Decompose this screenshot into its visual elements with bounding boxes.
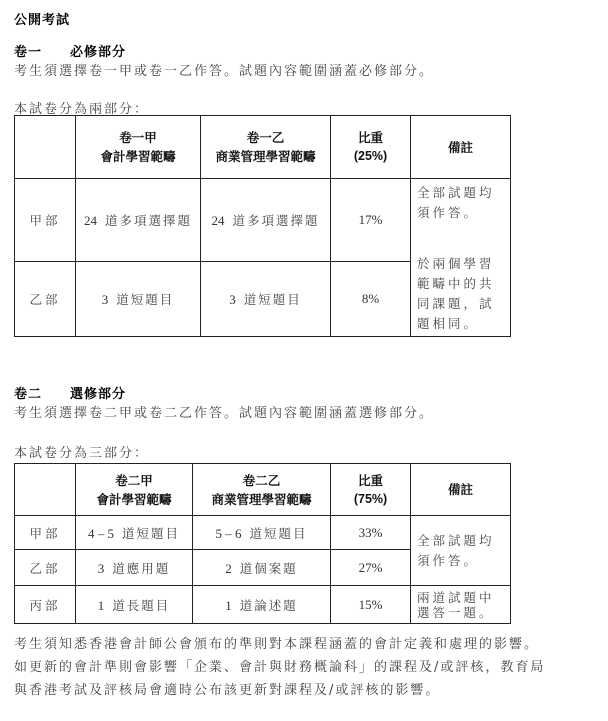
paper1-code: 卷一 bbox=[14, 45, 42, 60]
table-row: 甲部 24 道多項選擇題 24 道多項選擇題 17% 全部試題均須作答。 於兩個… bbox=[15, 179, 511, 262]
row-label: 甲部 bbox=[15, 179, 76, 262]
row-label: 乙部 bbox=[15, 262, 76, 337]
footer-note: 考生須知悉香港會計師公會頒布的準則對本課程涵蓋的會計定義和處理的影響。 如更新的… bbox=[14, 633, 604, 702]
table-row: 丙部 1 道長題目 1 道論述題 15% 兩道試題中選答一題。 bbox=[15, 586, 511, 624]
footer-line-1: 考生須知悉香港會計師公會頒布的準則對本課程涵蓋的會計定義和處理的影響。 bbox=[14, 633, 604, 656]
paper1-instruction: 考生須選擇卷一甲或卷一乙作答。試題內容範圍涵蓋必修部分。 bbox=[14, 60, 434, 79]
cell-paper2b: 1 道論述題 bbox=[193, 586, 331, 624]
cell-paper2a: 1 道長題目 bbox=[76, 586, 193, 624]
cell-weight: 33% bbox=[331, 516, 411, 550]
paper2-table: 卷二甲會計學習範疇 卷二乙商業管理學習範疇 比重(75%) 備註 甲部 4 – … bbox=[14, 463, 511, 624]
cell-paper2a: 4 – 5 道短題目 bbox=[76, 516, 193, 550]
table-header-row: 卷一甲會計學習範疇 卷一乙商業管理學習範疇 比重(25%) 備註 bbox=[15, 116, 511, 179]
row-label: 丙部 bbox=[15, 586, 76, 624]
paper1-name: 必修部分 bbox=[70, 45, 126, 60]
footer-line-3: 與香港考試及評核局會適時公布該更新對課程及/或評核的影響。 bbox=[14, 679, 604, 702]
cell-weight: 15% bbox=[331, 586, 411, 624]
empty-header-cell bbox=[15, 116, 76, 179]
cell-paper2b: 2 道個案題 bbox=[193, 550, 331, 586]
cell-remarks: 全部試題均須作答。 於兩個學習範疇中的共同課題，試題相同。 bbox=[411, 179, 511, 337]
header-remarks: 備註 bbox=[411, 116, 511, 179]
header-weight: 比重(75%) bbox=[331, 464, 411, 516]
cell-remarks: 兩道試題中選答一題。 bbox=[411, 586, 511, 624]
row-label: 乙部 bbox=[15, 550, 76, 586]
header-paper1a: 卷一甲會計學習範疇 bbox=[76, 116, 201, 179]
paper2-heading: 卷二選修部分 bbox=[14, 383, 126, 402]
remark-2: 於兩個學習範疇中的共同課題，試題相同。 bbox=[417, 254, 506, 334]
paper2-name: 選修部分 bbox=[70, 387, 126, 402]
header-paper2b: 卷二乙商業管理學習範疇 bbox=[193, 464, 331, 516]
header-remarks: 備註 bbox=[411, 464, 511, 516]
paper1-table: 卷一甲會計學習範疇 卷一乙商業管理學習範疇 比重(25%) 備註 甲部 24 道… bbox=[14, 115, 511, 337]
page-title: 公開考試 bbox=[14, 9, 70, 28]
table-row: 甲部 4 – 5 道短題目 5 – 6 道短題目 33% 全部試題均須作答。 bbox=[15, 516, 511, 550]
paper2-intro: 本試卷分為三部分： bbox=[14, 442, 149, 461]
paper2-instruction: 考生須選擇卷二甲或卷二乙作答。試題內容範圍涵蓋選修部分。 bbox=[14, 402, 434, 421]
header-paper2a: 卷二甲會計學習範疇 bbox=[76, 464, 193, 516]
cell-paper1a: 3 道短題目 bbox=[76, 262, 201, 337]
cell-weight: 27% bbox=[331, 550, 411, 586]
empty-header-cell bbox=[15, 464, 76, 516]
cell-paper1b: 3 道短題目 bbox=[201, 262, 331, 337]
cell-weight: 8% bbox=[331, 262, 411, 337]
paper2-code: 卷二 bbox=[14, 387, 42, 402]
table-header-row: 卷二甲會計學習範疇 卷二乙商業管理學習範疇 比重(75%) 備註 bbox=[15, 464, 511, 516]
header-paper1b: 卷一乙商業管理學習範疇 bbox=[201, 116, 331, 179]
cell-paper2a: 3 道應用題 bbox=[76, 550, 193, 586]
cell-paper1a: 24 道多項選擇題 bbox=[76, 179, 201, 262]
remark-1: 全部試題均須作答。 bbox=[417, 183, 506, 223]
cell-paper1b: 24 道多項選擇題 bbox=[201, 179, 331, 262]
cell-remarks: 全部試題均須作答。 bbox=[411, 516, 511, 586]
cell-weight: 17% bbox=[331, 179, 411, 262]
footer-line-2: 如更新的會計準則會影響「企業、會計與財務概論科」的課程及/或評核，教育局 bbox=[14, 656, 604, 679]
header-weight: 比重(25%) bbox=[331, 116, 411, 179]
cell-paper2b: 5 – 6 道短題目 bbox=[193, 516, 331, 550]
paper1-heading: 卷一必修部分 bbox=[14, 41, 126, 60]
row-label: 甲部 bbox=[15, 516, 76, 550]
